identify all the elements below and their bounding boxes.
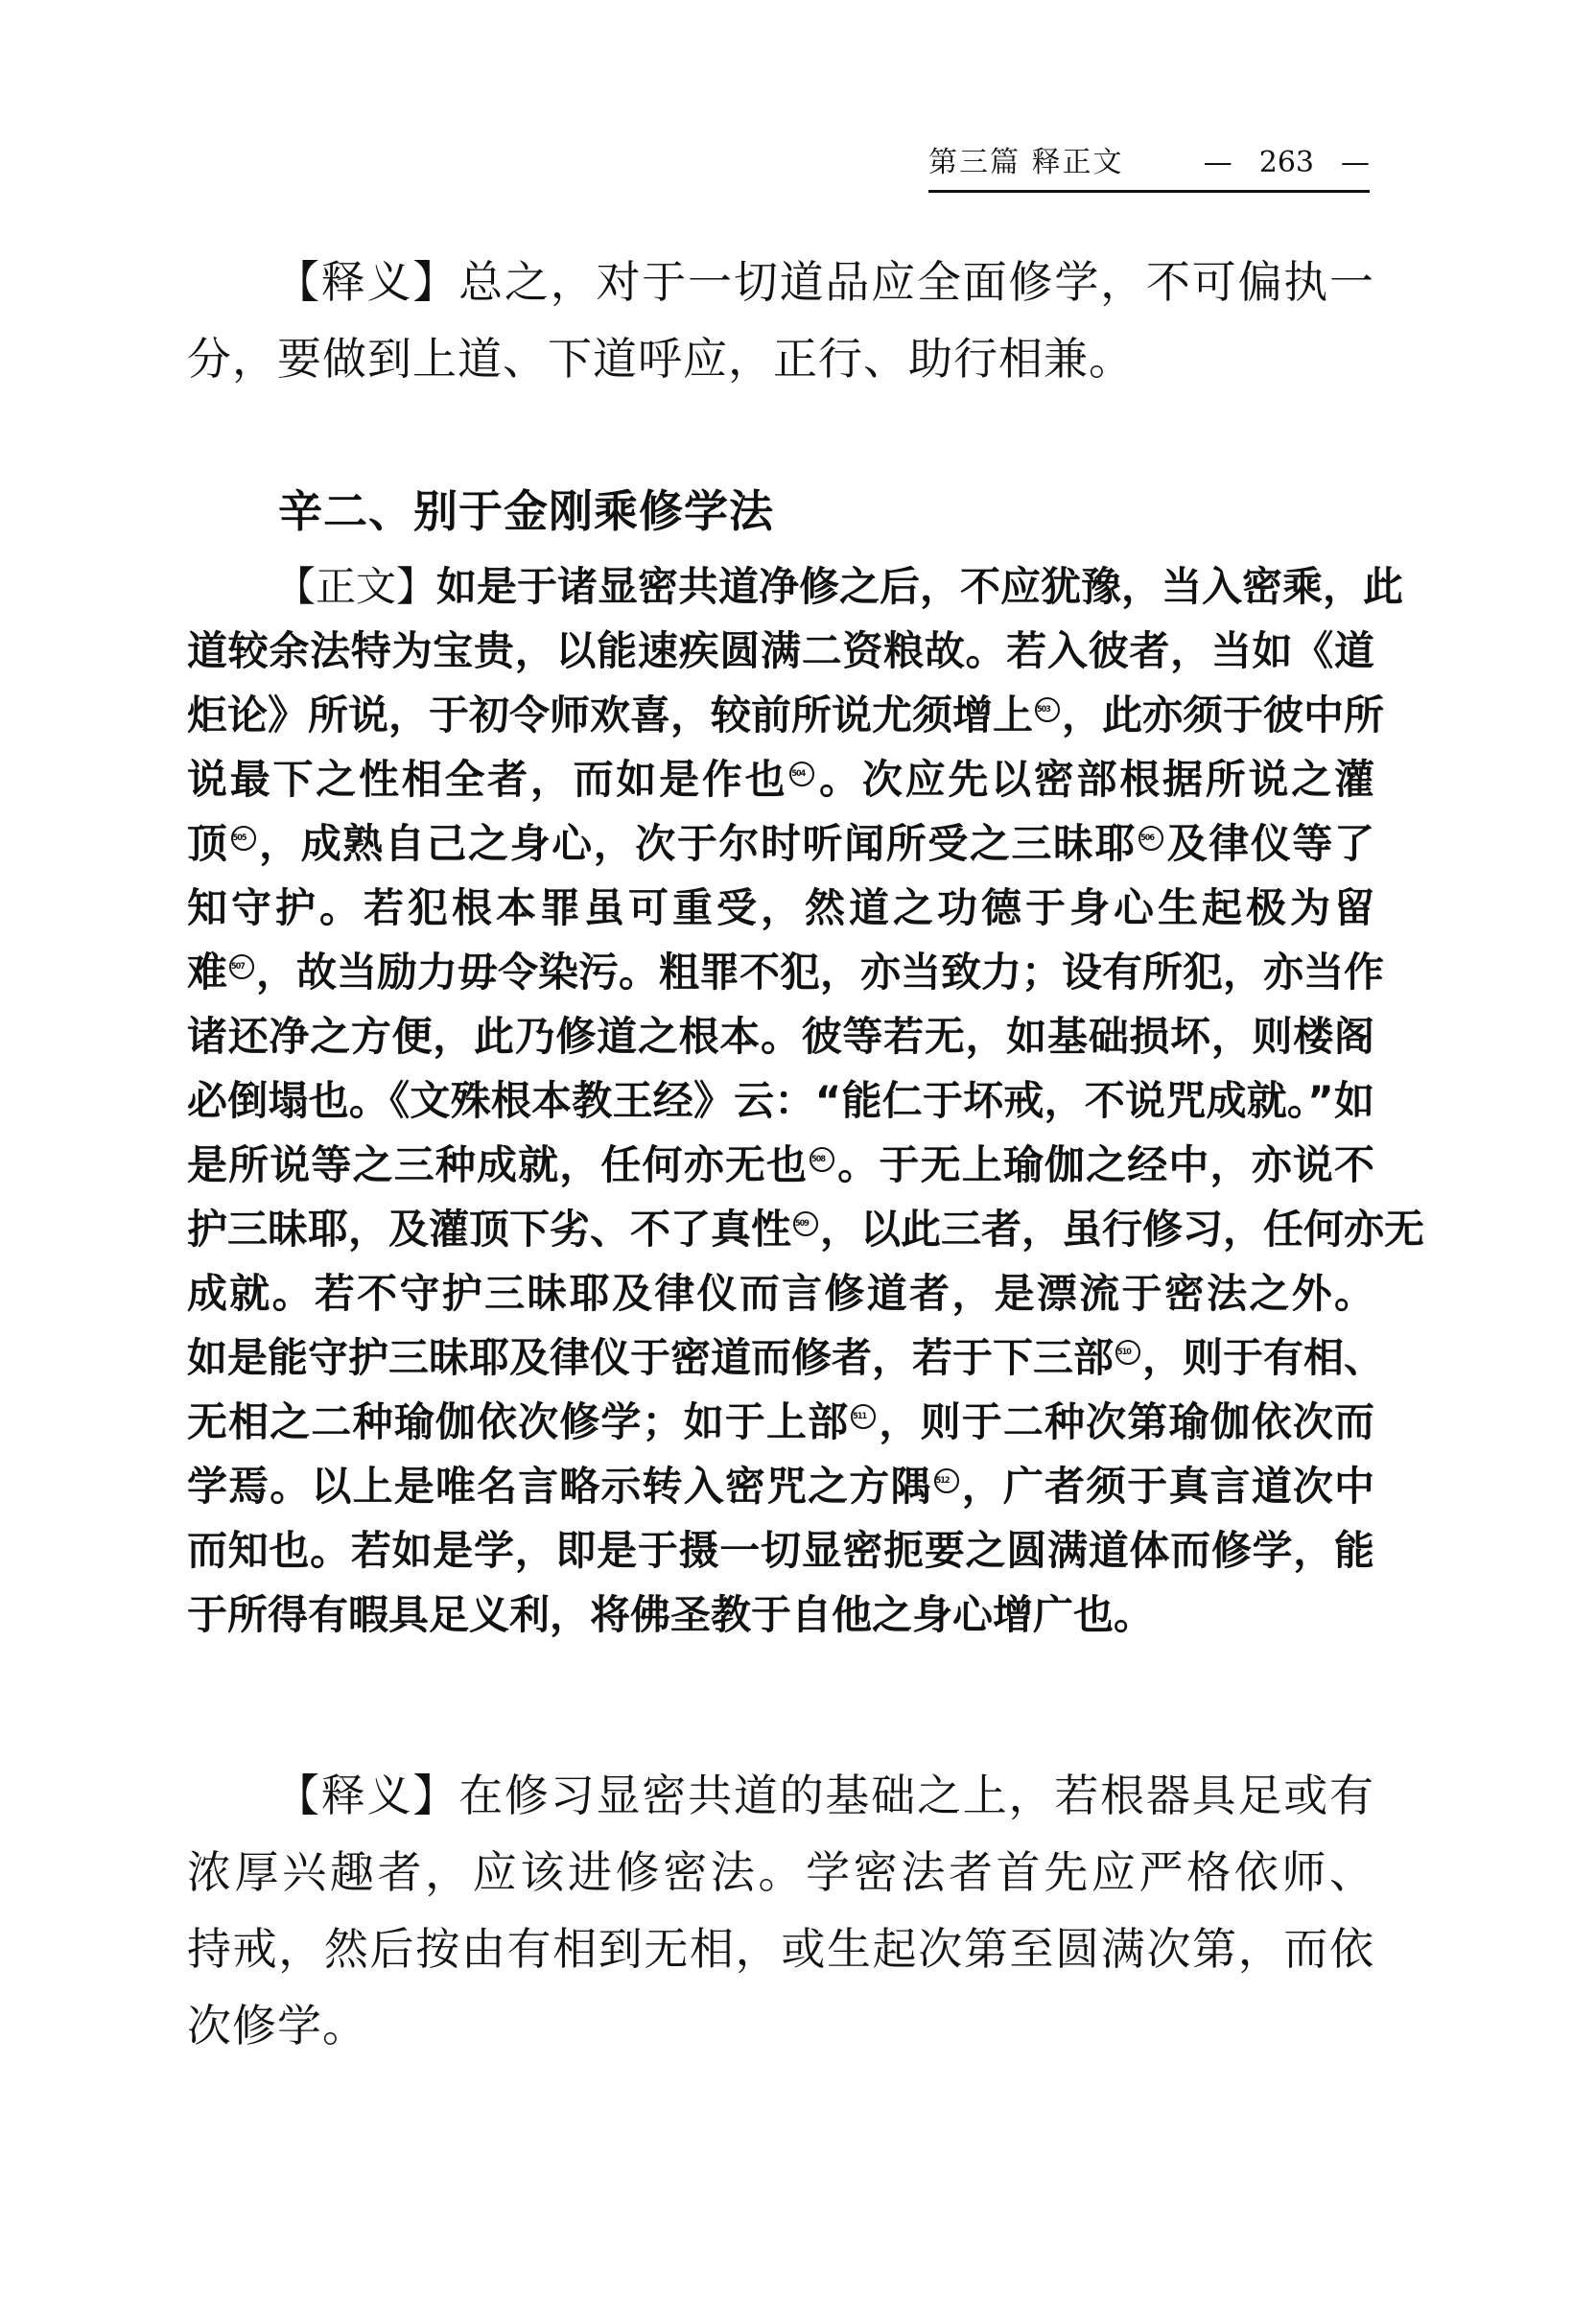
commentary-paragraph-1: 【释义】总之，对于一切道品应全面修学，不可偏执一 分，要做到上道、下道呼应，正行…	[187, 244, 1374, 397]
paragraph-line: 难507，故当励力毋令染污。粗罪不犯，亦当致力；设有所犯，亦当作	[187, 940, 1374, 1004]
paragraph-line: 持戒，然后按由有相到无相，或生起次第至圆满次第，而依	[187, 1911, 1374, 1987]
paragraph-line: 【释义】总之，对于一切道品应全面修学，不可偏执一	[187, 244, 1374, 320]
text-run: 。次应先以密部根据所说之灌	[816, 756, 1374, 803]
text-run: 成就。若不守护三昧耶及律仪而言修道者，是漂流于密法之外。	[187, 1270, 1374, 1317]
paragraph-line: 【释义】在修习显密共道的基础之上，若根器具足或有	[187, 1757, 1374, 1834]
text-run: 炬论》所说，于初令师欢喜，较前所说尤须增上	[187, 692, 1033, 739]
text-run: 而知也。若如是学，即是于摄一切显密扼要之圆满道体而修学，能	[187, 1527, 1374, 1574]
paragraph-line: 知守护。若犯根本罪虽可重受，然道之功德于身心生起极为留	[187, 876, 1374, 940]
text-run: 难	[187, 949, 227, 996]
text-run: ，以此三者，虽行修习，任何亦无	[820, 1206, 1424, 1253]
paragraph-line: 护三昧耶，及灌顶下劣、不了真性509，以此三者，虽行修习，任何亦无	[187, 1197, 1374, 1261]
footnote-marker: 508	[810, 1147, 834, 1172]
commentary-paragraph-2: 【释义】在修习显密共道的基础之上，若根器具足或有 浓厚兴趣者，应该进修密法。学密…	[187, 1757, 1374, 2064]
paragraph-line: 浓厚兴趣者，应该进修密法。学密法者首先应严格依师、	[187, 1834, 1374, 1911]
text-run: 。于无上瑜伽之经中，亦说不	[836, 1141, 1374, 1188]
page-number-dash-left: —	[1204, 142, 1232, 184]
paragraph-line: 说最下之性相全者，而如是作也504。次应先以密部根据所说之灌	[187, 747, 1374, 811]
paragraph-line: 诸还净之方便，此乃修道之根本。彼等若无，如基础损坏，则楼阁	[187, 1004, 1374, 1068]
text-run: 必倒塌也。《文殊根本教王经》云：“能仁于坏戒，不说咒成就。”如	[187, 1077, 1374, 1124]
main-text-paragraph: 【正文】如是于诸显密共道净修之后，不应犹豫，当入密乘，此道较余法特为宝贵，以能速…	[187, 554, 1374, 1647]
footnote-marker: 504	[789, 762, 814, 786]
main-text-label: 【正文】	[275, 563, 436, 610]
paragraph-line: 炬论》所说，于初令师欢喜，较前所说尤须增上503，此亦须于彼中所	[187, 683, 1374, 747]
footnote-marker: 503	[1035, 697, 1060, 722]
paragraph-line: 如是能守护三昧耶及律仪于密道而修者，若于下三部510，则于有相、	[187, 1325, 1374, 1390]
text-run: ，故当励力毋令染污。粗罪不犯，亦当致力；设有所犯，亦当作	[256, 949, 1384, 996]
page-number: 263	[1259, 142, 1314, 184]
paragraph-line: 而知也。若如是学，即是于摄一切显密扼要之圆满道体而修学，能	[187, 1518, 1374, 1583]
footnote-marker: 506	[1138, 826, 1163, 851]
text-run: 如是于诸显密共道净修之后，不应犹豫，当入密乘，此	[436, 563, 1403, 610]
text-run: 护三昧耶，及灌顶下劣、不了真性	[187, 1206, 791, 1253]
paragraph-line: 成就。若不守护三昧耶及律仪而言修道者，是漂流于密法之外。	[187, 1261, 1374, 1325]
footnote-marker: 509	[793, 1211, 818, 1236]
text-run: 于所得有暇具足义利，将佛圣教于自他之身心增广也。	[187, 1591, 1154, 1638]
paragraph-line: 分，要做到上道、下道呼应，正行、助行相兼。	[187, 320, 1374, 397]
section-heading: 辛二、别于金刚乘修学法	[278, 478, 774, 545]
running-header: 第三篇 释正文 — 263 —	[928, 142, 1370, 193]
text-run: ，此亦须于彼中所	[1062, 692, 1384, 739]
paragraph-line: 学焉。以上是唯名言略示转入密咒之方隅512，广者须于真言道次中	[187, 1454, 1374, 1518]
text-run: 是所说等之三种成就，任何亦无也	[187, 1141, 808, 1188]
text-run: 诸还净之方便，此乃修道之根本。彼等若无，如基础损坏，则楼阁	[187, 1013, 1374, 1060]
footnote-marker: 512	[934, 1468, 959, 1493]
footnote-marker: 510	[1115, 1340, 1140, 1365]
paragraph-line: 【正文】如是于诸显密共道净修之后，不应犹豫，当入密乘，此	[187, 554, 1374, 619]
footnote-marker: 505	[231, 826, 256, 851]
paragraph-line: 无相之二种瑜伽依次修学；如于上部511，则于二种次第瑜伽依次而	[187, 1390, 1374, 1454]
text-run: 及律仪等了	[1165, 820, 1374, 867]
paragraph-line: 是所说等之三种成就，任何亦无也508。于无上瑜伽之经中，亦说不	[187, 1133, 1374, 1197]
text-run: 学焉。以上是唯名言略示转入密咒之方隅	[187, 1463, 932, 1510]
paragraph-line: 道较余法特为宝贵，以能速疾圆满二资粮故。若入彼者，当如《道	[187, 619, 1374, 683]
text-run: 知守护。若犯根本罪虽可重受，然道之功德于身心生起极为留	[187, 884, 1374, 931]
commentary-label: 【释义】	[275, 1770, 458, 1821]
text-run: 无相之二种瑜伽依次修学；如于上部	[187, 1398, 849, 1445]
running-header-section: 第三篇 释正文	[928, 142, 1124, 184]
footnote-marker: 511	[851, 1404, 876, 1429]
text-run: 如是能守护三昧耶及律仪于密道而修者，若于下三部	[187, 1334, 1114, 1381]
paragraph-line: 顶505，成熟自己之身心，次于尔时听闻所受之三昧耶506及律仪等了	[187, 811, 1374, 876]
text-run: 顶	[187, 820, 229, 867]
commentary-label: 【释义】	[275, 256, 458, 308]
text-run: ，成熟自己之身心，次于尔时听闻所受之三昧耶	[258, 820, 1138, 867]
page-number-group: — 263 —	[1204, 142, 1370, 184]
paragraph-line: 次修学。	[187, 1987, 1374, 2064]
text-run: ，则于有相、	[1142, 1334, 1384, 1381]
paragraph-line: 于所得有暇具足义利，将佛圣教于自他之身心增广也。	[187, 1583, 1374, 1647]
page-number-dash-right: —	[1341, 142, 1370, 184]
text-run: 说最下之性相全者，而如是作也	[187, 756, 787, 803]
text-run: ，则于二种次第瑜伽依次而	[878, 1398, 1374, 1445]
text-run: ，广者须于真言道次中	[961, 1463, 1374, 1510]
text-run: 道较余法特为宝贵，以能速疾圆满二资粮故。若入彼者，当如《道	[187, 627, 1374, 674]
paragraph-line: 必倒塌也。《文殊根本教王经》云：“能仁于坏戒，不说咒成就。”如	[187, 1068, 1374, 1133]
footnote-marker: 507	[229, 954, 254, 979]
